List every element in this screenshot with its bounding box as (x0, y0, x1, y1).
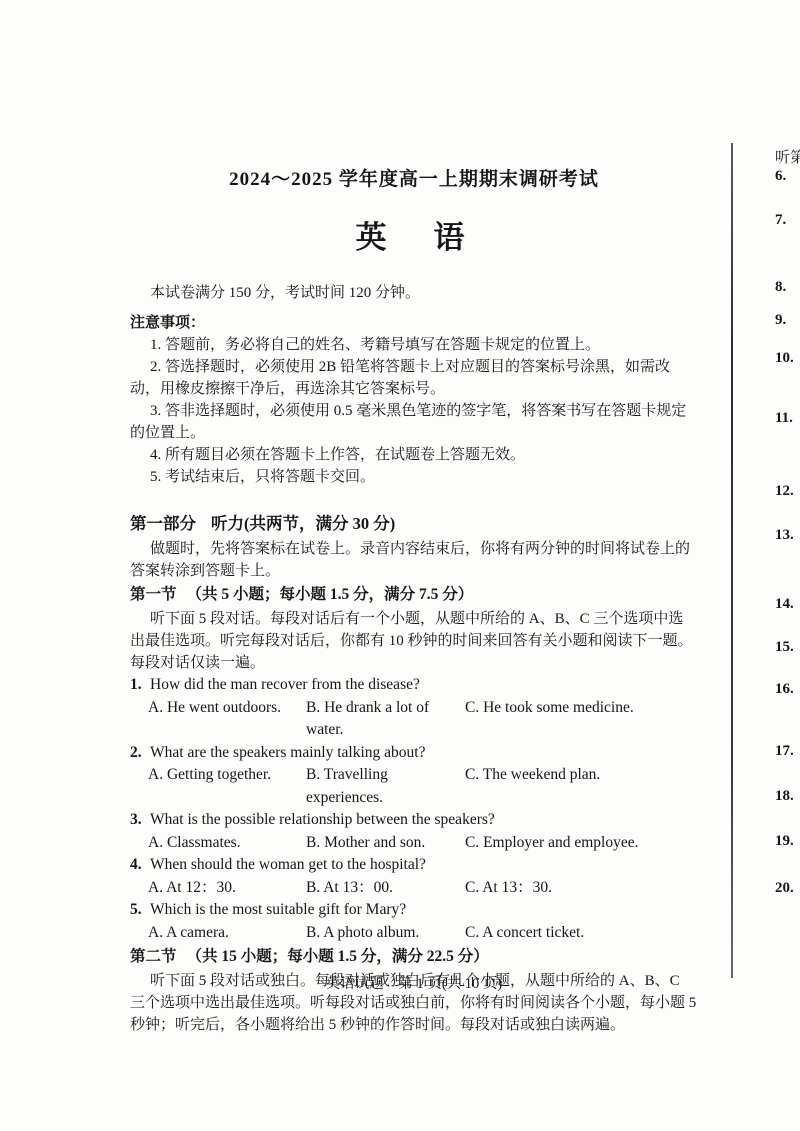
exam-body: 2024～2025 学年度高一上期期末调研考试 英 语 本试卷满分 150 分，… (130, 164, 698, 1036)
next-page-q8-number: 8. (775, 279, 786, 296)
notice-item-1: 1. 答题前，务必将自己的姓名、考籍号填写在答题卡规定的位置上。 (130, 334, 698, 356)
next-page-q16-number: 16. (775, 681, 794, 698)
question-1-options: A. He went outdoors. B. He drank a lot o… (130, 697, 698, 742)
question-1-option-b: B. He drank a lot of water. (306, 697, 465, 742)
question-5: 5.Which is the most suitable gift for Ma… (130, 899, 698, 922)
subject-title: 英 语 (130, 212, 698, 257)
section2-meta: （共 15 小题；每小题 1.5 分，满分 22.5 分） (187, 948, 489, 965)
question-1-text: How did the man recover from the disease… (150, 676, 420, 693)
question-4: 4.When should the woman get to the hospi… (130, 854, 698, 877)
question-2-option-c: C. The weekend plan. (465, 764, 698, 809)
exam-info-line: 本试卷满分 150 分，考试时间 120 分钟。 (130, 282, 698, 304)
page-footer: 英语试题 第 1 页(共 10 页) (130, 974, 698, 994)
next-page-q14-number: 14. (775, 596, 794, 613)
section1-meta: （共 5 小题；每小题 1.5 分，满分 7.5 分） (187, 586, 474, 603)
next-page-q9-number: 9. (775, 312, 786, 329)
question-3-option-a: A. Classmates. (148, 832, 306, 855)
question-4-option-a: A. At 12：30. (148, 877, 306, 900)
section2-heading: 第二节（共 15 小题；每小题 1.5 分，满分 22.5 分） (130, 945, 698, 968)
scanned-exam-page: 2024～2025 学年度高一上期期末调研考试 英 语 本试卷满分 150 分，… (0, 0, 800, 1131)
next-page-q19-number: 19. (775, 833, 794, 850)
question-5-number: 5. (130, 899, 150, 922)
part1-heading: 第一部分听力(共两节，满分 30 分) (130, 511, 698, 536)
next-page-q20-number: 20. (775, 880, 794, 897)
question-4-options: A. At 12：30. B. At 13：00. C. At 13：30. (130, 877, 698, 900)
part1-intro: 做题时，先将答案标在试卷上。录音内容结束后，你将有两分钟的时间将试卷上的答案转涂… (130, 538, 698, 582)
question-1: 1.How did the man recover from the disea… (130, 674, 698, 697)
question-2-number: 2. (130, 742, 150, 765)
next-page-q15-number: 15. (775, 639, 794, 656)
question-2-text: What are the speakers mainly talking abo… (150, 744, 425, 761)
question-4-number: 4. (130, 854, 150, 877)
question-5-text: Which is the most suitable gift for Mary… (150, 901, 406, 918)
question-2-option-a: A. Getting together. (148, 764, 306, 809)
part1-meta: (共两节，满分 30 分) (244, 514, 395, 533)
question-5-options: A. A camera. B. A photo album. C. A conc… (130, 922, 698, 945)
page-fold-line (731, 143, 733, 978)
part1-label: 第一部分 (130, 514, 196, 533)
question-3-options: A. Classmates. B. Mother and son. C. Emp… (130, 832, 698, 855)
question-2: 2.What are the speakers mainly talking a… (130, 742, 698, 765)
question-1-option-a: A. He went outdoors. (148, 697, 306, 742)
next-page-q17-number: 17. (775, 743, 794, 760)
section2-label: 第二节 (130, 948, 177, 965)
notices-heading: 注意事项： (130, 312, 698, 334)
next-page-partial-text: 听第 (775, 146, 800, 167)
section1-heading: 第一节（共 5 小题；每小题 1.5 分，满分 7.5 分） (130, 583, 698, 606)
notice-item-4: 4. 所有题目必须在答题卡上作答，在试题卷上答题无效。 (130, 444, 698, 466)
next-page-q12-number: 12. (775, 483, 794, 500)
question-1-number: 1. (130, 674, 150, 697)
next-page-q13-number: 13. (775, 527, 794, 544)
section1-instructions: 听下面 5 段对话。每段对话后有一个小题，从题中所给的 A、B、C 三个选项中选… (130, 608, 698, 674)
question-5-option-b: B. A photo album. (306, 922, 465, 945)
question-3-number: 3. (130, 809, 150, 832)
part1-title: 听力 (211, 514, 244, 533)
question-4-option-c: C. At 13：30. (465, 877, 698, 900)
question-4-text: When should the woman get to the hospita… (150, 856, 426, 873)
question-1-option-c: C. He took some medicine. (465, 697, 698, 742)
notice-item-2: 2. 答选择题时，必须使用 2B 铅笔将答题卡上对应题目的答案标号涂黑，如需改动… (130, 356, 698, 400)
next-page-q11-number: 11. (775, 410, 793, 427)
question-3-option-b: B. Mother and son. (306, 832, 465, 855)
question-4-option-b: B. At 13：00. (306, 877, 465, 900)
question-3-text: What is the possible relationship betwee… (150, 811, 495, 828)
notice-item-3: 3. 答非选择题时，必须使用 0.5 毫米黑色笔迹的签字笔，将答案书写在答题卡规… (130, 400, 698, 444)
question-2-options: A. Getting together. B. Travelling exper… (130, 764, 698, 809)
question-3: 3.What is the possible relationship betw… (130, 809, 698, 832)
exam-session-title: 2024～2025 学年度高一上期期末调研考试 (130, 164, 698, 191)
next-page-q18-number: 18. (775, 788, 794, 805)
notice-item-5: 5. 考试结束后，只将答题卡交回。 (130, 466, 698, 488)
question-5-option-a: A. A camera. (148, 922, 306, 945)
question-2-option-b: B. Travelling experiences. (306, 764, 465, 809)
next-page-q7-number: 7. (775, 212, 786, 229)
next-page-q6-number: 6. (775, 168, 786, 185)
next-page-q10-number: 10. (775, 350, 794, 367)
section1-label: 第一节 (130, 586, 177, 603)
question-3-option-c: C. Employer and employee. (465, 832, 698, 855)
question-5-option-c: C. A concert ticket. (465, 922, 698, 945)
